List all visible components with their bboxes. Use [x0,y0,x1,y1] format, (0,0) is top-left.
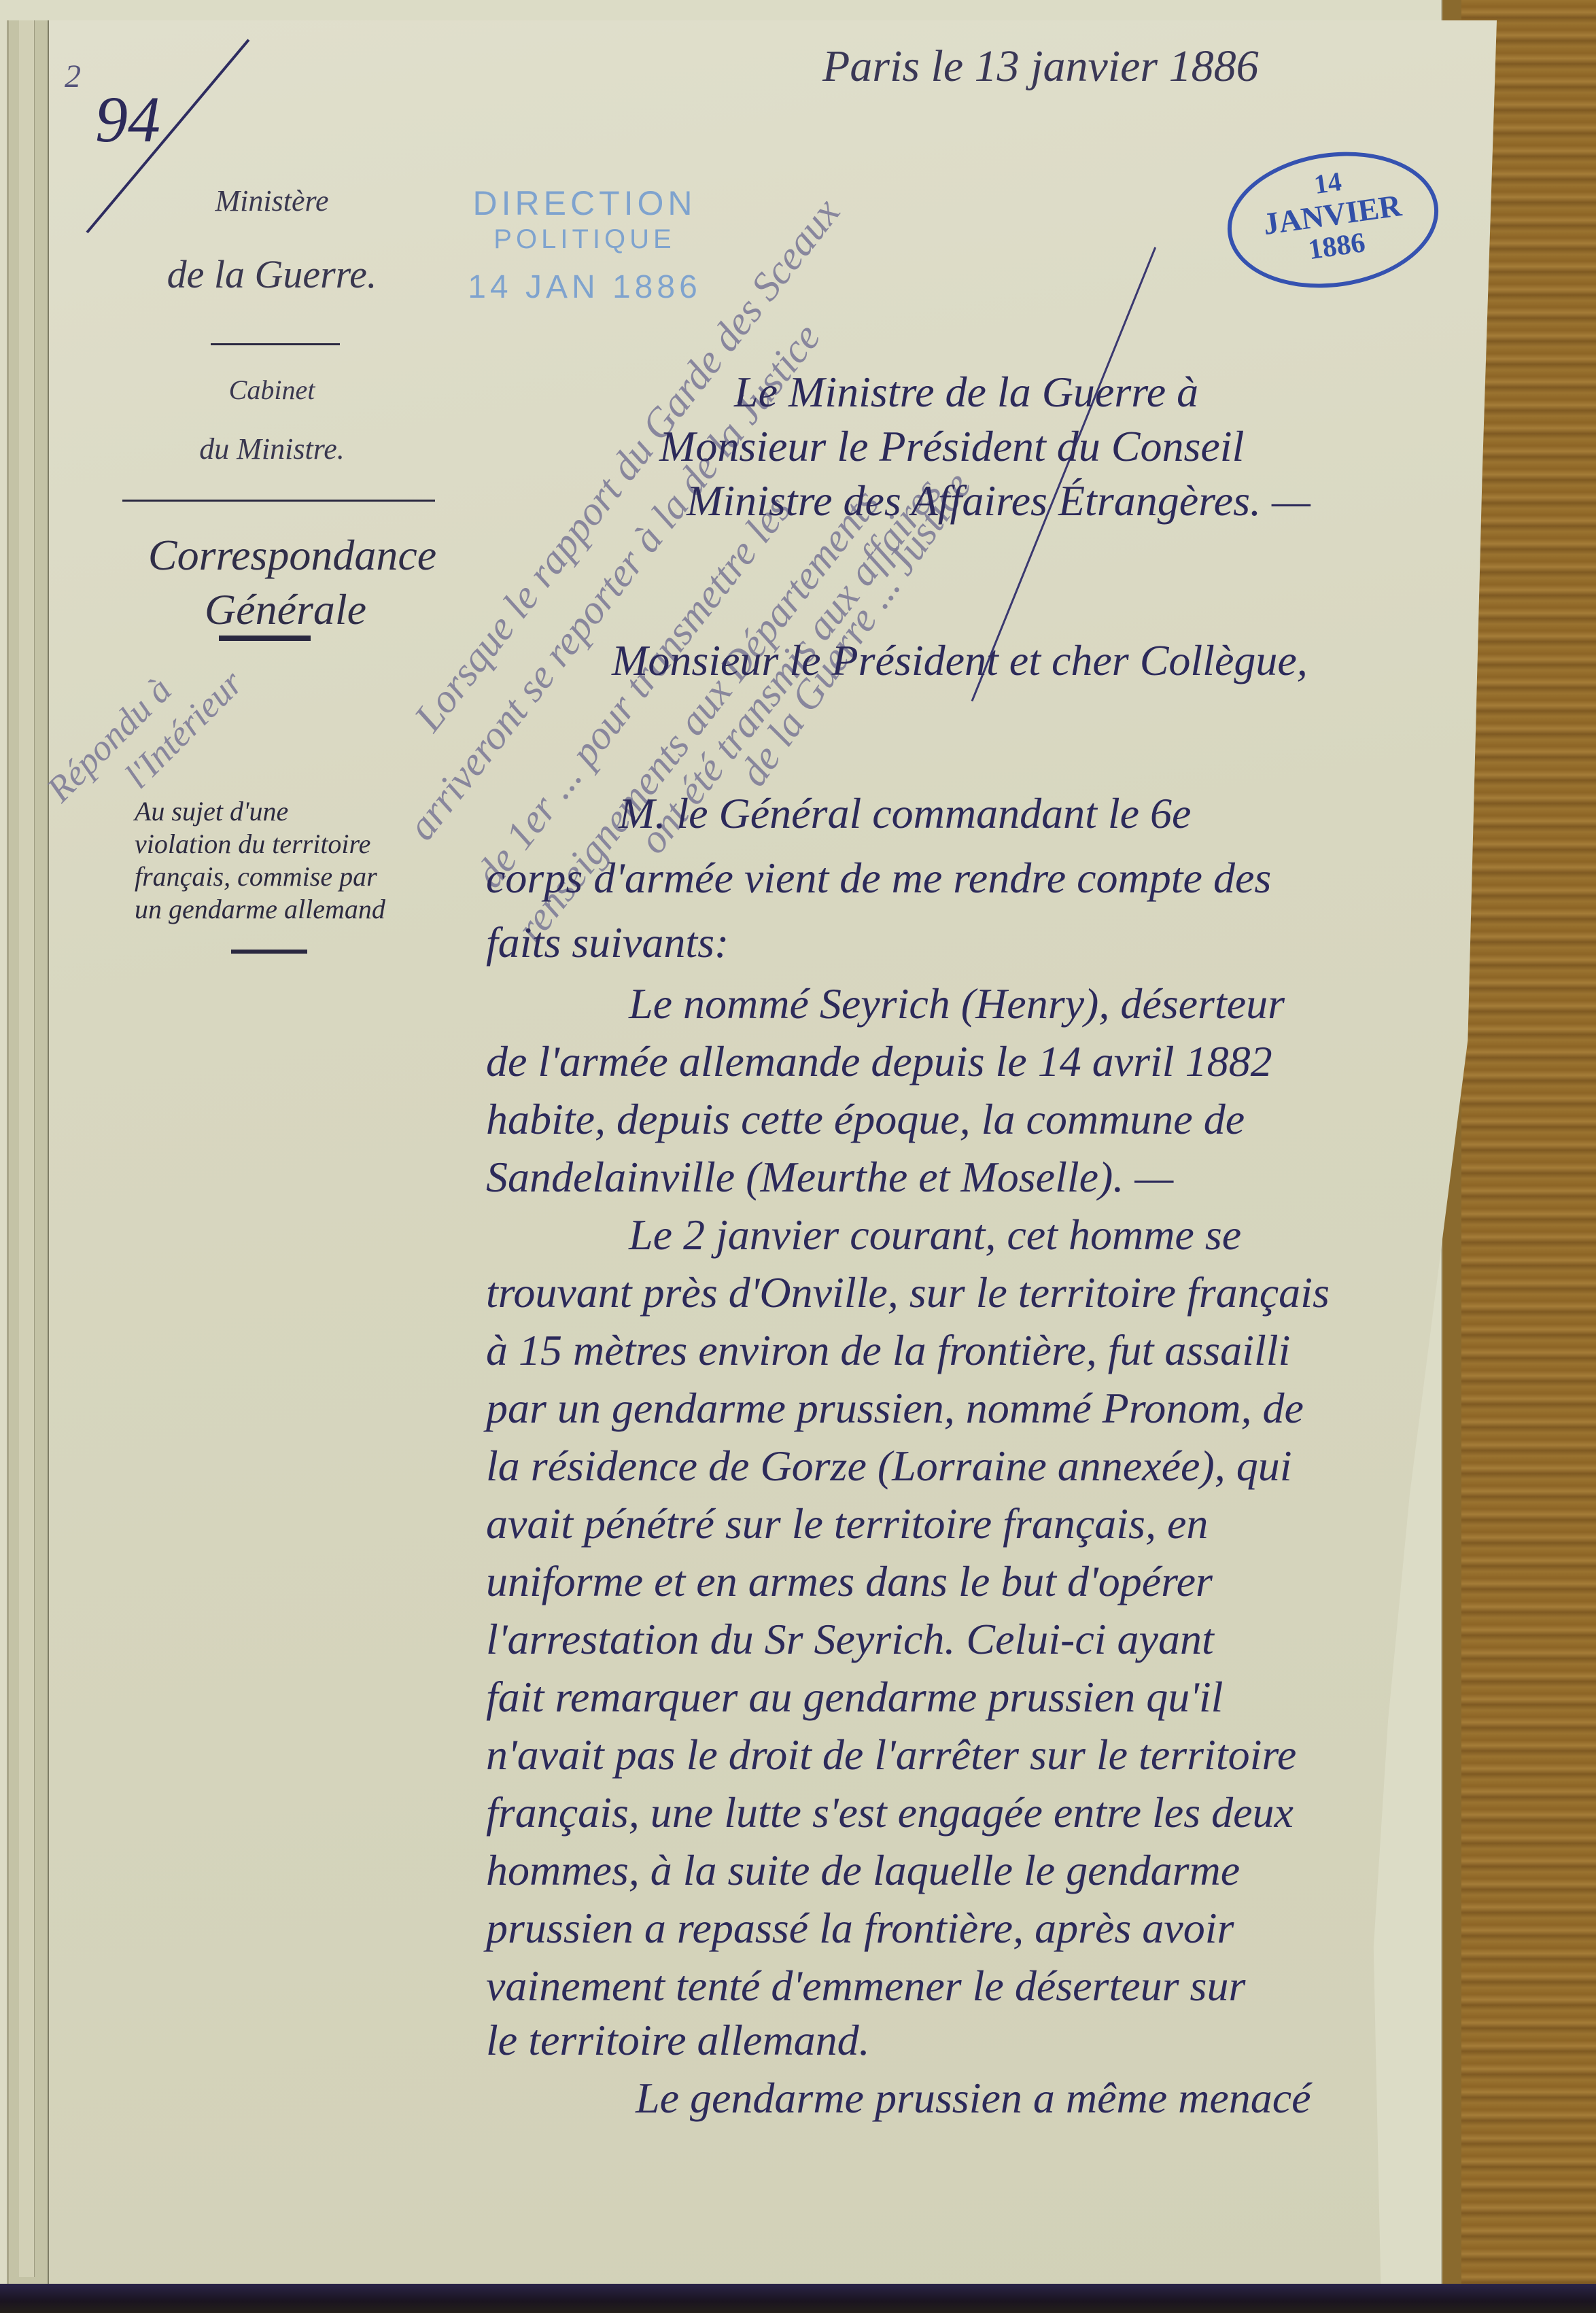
stamp-direction-line1: DIRECTION [435,184,734,223]
bottom-shadow [0,2284,1596,2313]
body-line: Le gendarme prussien a même menacé [636,2073,1311,2123]
body-line: par un gendarme prussien, nommé Pronom, … [486,1383,1304,1433]
letterhead-divider-2 [122,500,435,502]
body-line: trouvant près d'Onville, sur le territoi… [486,1268,1330,1318]
body-line: l'arrestation du Sr Seyrich. Celui-ci ay… [486,1614,1214,1665]
stamp-direction-date: 14 JAN 1886 [449,268,721,306]
body-line: faits suivants: [486,918,729,968]
body-line: de l'armée allemande depuis le 14 avril … [486,1037,1272,1087]
body-line: hommes, à la suite de laquelle le gendar… [486,1845,1240,1896]
stamp-direction-line2: POLITIQUE [449,224,721,255]
body-line: uniforme et en armes dans le but d'opére… [486,1557,1213,1607]
subject-note-line3: français, commise par [135,860,377,892]
body-line: Sandelainville (Meurthe et Moselle). — [486,1152,1173,1202]
folio-prefix: 2 [65,58,81,95]
address-line-3: Ministre des Affaires Étrangères. — [687,476,1311,526]
body-line: n'avait pas le droit de l'arrêter sur le… [486,1730,1296,1780]
address-line-2: Monsieur le Président du Conseil [659,421,1244,472]
section-title-line1: Correspondance [102,530,483,580]
letterhead-office-line2: du Ministre. [136,432,408,466]
body-line: français, une lutte s'est engagée entre … [486,1788,1294,1838]
subject-note-line1: Au sujet d'une [135,795,288,827]
body-line: le territoire allemand. [486,2015,870,2066]
body-line: habite, depuis cette époque, la commune … [486,1094,1245,1145]
address-line-1: Le Ministre de la Guerre à [734,367,1198,417]
section-divider [219,636,311,641]
body-line: la résidence de Gorze (Lorraine annexée)… [486,1441,1291,1491]
body-line: vainement tenté d'emmener le déserteur s… [486,1961,1245,2011]
body-line: corps d'armée vient de me rendre compte … [486,853,1271,903]
letterhead-ministry-line2: de la Guerre. [122,251,421,297]
body-line: à 15 mètres environ de la frontière, fut… [486,1325,1290,1376]
letterhead-office-line1: Cabinet [177,374,367,406]
body-line: Le 2 janvier courant, cet homme se [629,1210,1241,1260]
body-line: avait pénétré sur le territoire français… [486,1499,1208,1549]
body-line: M. le Général commandant le 6e [619,788,1191,839]
date-line: Paris le 13 janvier 1886 [822,41,1259,92]
subject-note-line2: violation du territoire [135,828,370,860]
subject-divider [231,950,307,954]
page-stack-edge-inner [19,20,35,2277]
letterhead-ministry-line1: Ministère [170,184,374,218]
salutation: Monsieur le Président et cher Collègue, [612,636,1308,686]
body-line: Le nommé Seyrich (Henry), déserteur [629,979,1285,1029]
section-title-line2: Générale [143,585,428,635]
subject-note-line4: un gendarme allemand [135,893,385,925]
body-line: prussien a repassé la frontière, après a… [486,1903,1234,1953]
letterhead-divider [211,343,340,345]
body-line: fait remarquer au gendarme prussien qu'i… [486,1672,1223,1722]
folio-number: 94 [95,82,160,157]
